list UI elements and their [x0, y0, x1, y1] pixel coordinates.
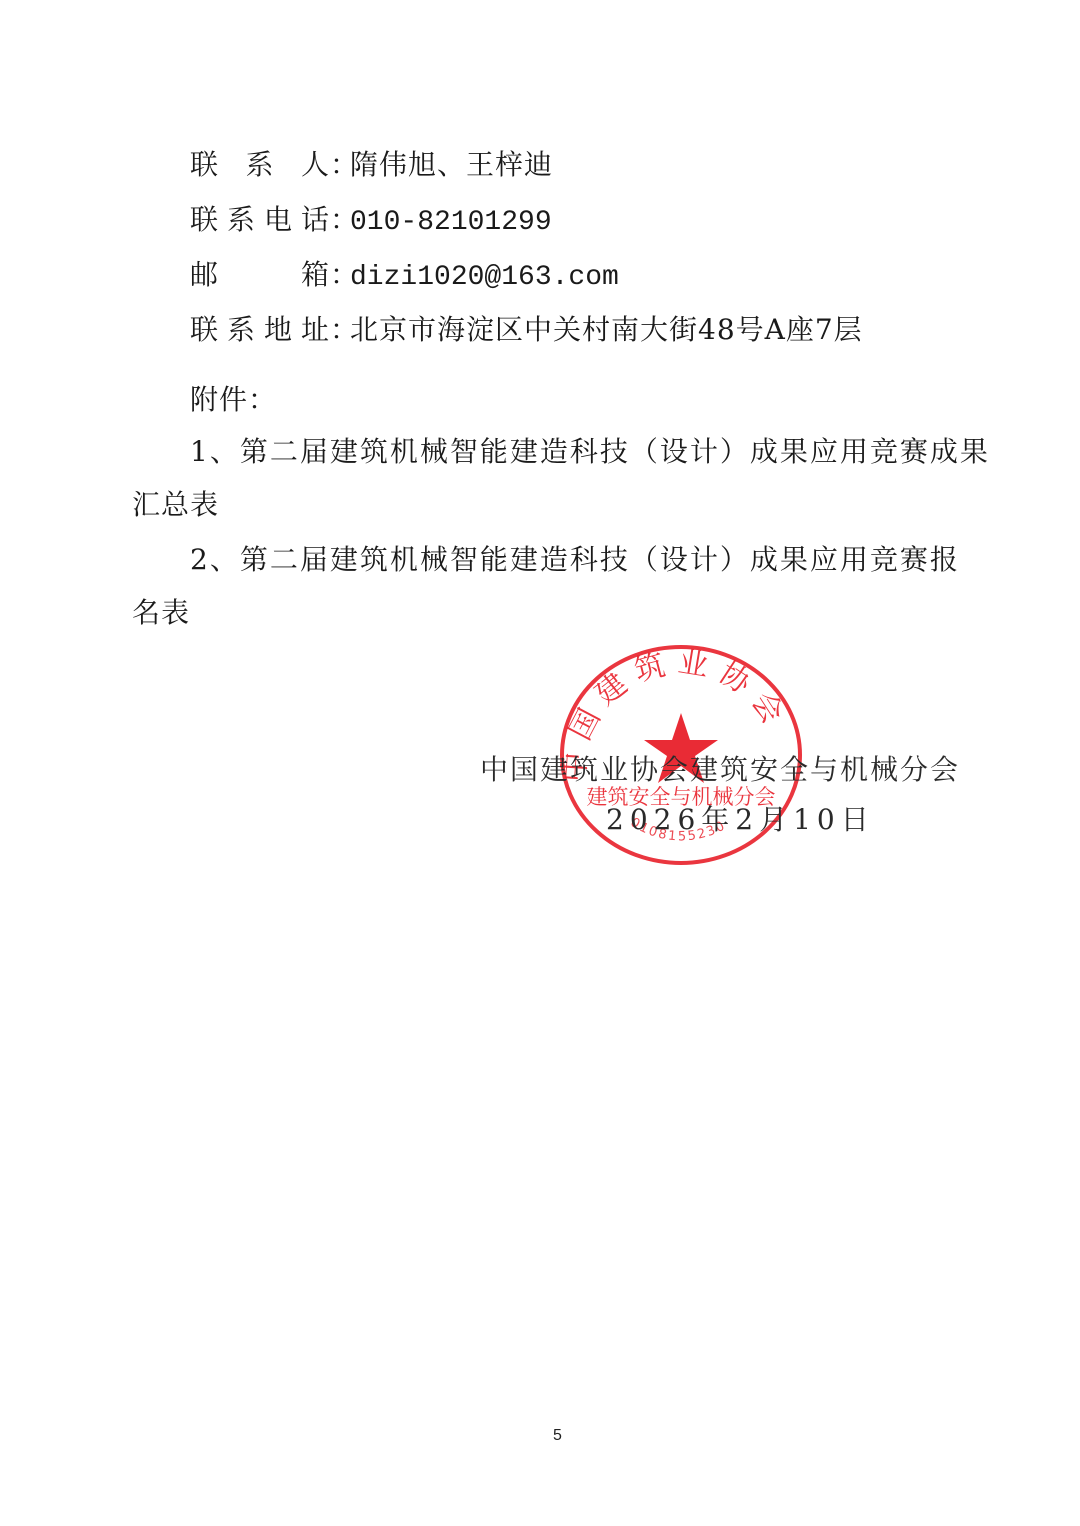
document-page: 联系人：隋伟旭、王梓迪 联系电话：010-82101299 邮箱：dizi102… — [0, 0, 1080, 1526]
contact-email-value: dizi1020@163.com — [350, 262, 619, 293]
contact-person-line: 联系人：隋伟旭、王梓迪 — [190, 147, 553, 183]
contact-address-line: 联系地址：北京市海淀区中关村南大街48号A座7层 — [190, 312, 863, 348]
contact-phone-label: 联系电话 — [190, 202, 330, 238]
colon: ： — [330, 257, 350, 293]
contact-person-label: 联系人 — [190, 147, 330, 183]
attachments-heading: 附件： — [190, 382, 277, 418]
attachment-1-line2: 汇总表 — [132, 487, 219, 523]
contact-phone-line: 联系电话：010-82101299 — [190, 202, 552, 241]
contact-person-value: 隋伟旭、王梓迪 — [350, 148, 553, 181]
contact-phone-value: 010-82101299 — [350, 207, 552, 238]
signature-date: 2026年2月10日 — [606, 802, 875, 838]
attachment-1-line1: 1、第二届建筑机械智能建造科技（设计）成果应用竞赛成果 — [190, 434, 990, 470]
contact-email-line: 邮箱：dizi1020@163.com — [190, 257, 619, 296]
page-number: 5 — [553, 1427, 562, 1445]
attachment-2-line1: 2、第二届建筑机械智能建造科技（设计）成果应用竞赛报 — [190, 542, 960, 578]
colon: ： — [330, 202, 350, 238]
contact-address-value: 北京市海淀区中关村南大街48号A座7层 — [350, 313, 863, 346]
attachment-2-line2: 名表 — [132, 595, 190, 631]
colon: ： — [330, 312, 350, 348]
contact-address-label: 联系地址 — [190, 312, 330, 348]
colon: ： — [330, 147, 350, 183]
contact-email-label: 邮箱 — [190, 257, 330, 293]
signature-organization: 中国建筑业协会建筑安全与机械分会 — [480, 752, 960, 788]
